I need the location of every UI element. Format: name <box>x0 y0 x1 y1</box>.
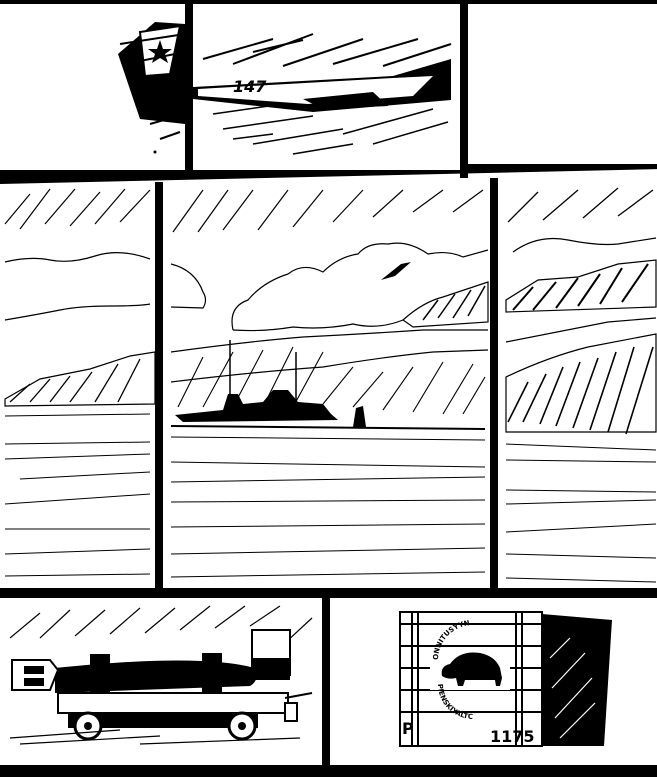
warship-silhouette <box>175 390 338 422</box>
panel-empty <box>468 4 657 164</box>
panel-jet-tail <box>0 4 185 170</box>
crate-corner-letter: P <box>402 719 414 738</box>
gutter-mid-2 <box>490 178 498 592</box>
crate-number: 1175 <box>490 727 535 746</box>
submarine-tower-silhouette <box>353 406 366 427</box>
panel-jet-fuselage: 147 <box>193 4 460 170</box>
bottom-border <box>0 765 657 777</box>
panel-torpedo-trolley <box>0 598 322 765</box>
panel-warship-fjord <box>163 182 490 588</box>
gutter-mid-1 <box>155 182 163 592</box>
gutter-bottom <box>322 596 330 777</box>
panel-wooden-crate: ONNITUSYYN PIENSKIYALTC P 1175 <box>330 598 657 765</box>
panel-coast-left <box>0 184 155 588</box>
aircraft-silhouette-icon <box>381 262 411 280</box>
gutter-top-2 <box>460 0 468 178</box>
panel-coast-right <box>498 182 657 588</box>
aircraft-number: 147 <box>233 77 267 96</box>
gutter-top-1 <box>185 0 193 178</box>
